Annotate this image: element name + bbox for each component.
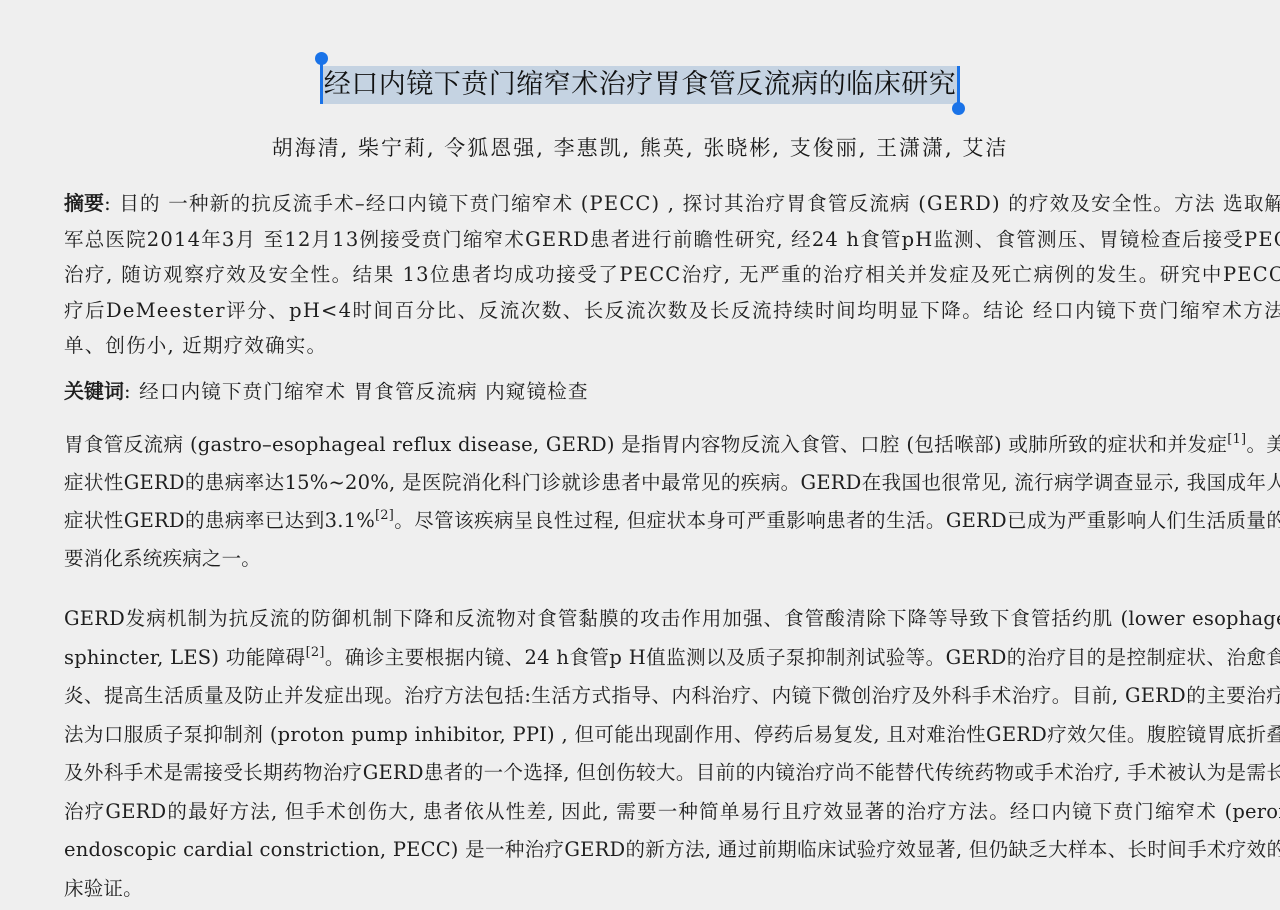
author-list: 胡海清, 柴宁莉, 令狐恩强, 李惠凯, 熊英, 张晓彬, 支俊丽, 王潇潇, …	[0, 132, 1280, 162]
paper-title-text: 经口内镜下贲门缩窄术治疗胃食管反流病的临床研究	[324, 69, 957, 100]
abstract-colon: :	[104, 192, 112, 215]
citation-ref-2[interactable]: [2]	[375, 508, 394, 523]
keywords: 关键词: 经口内镜下贲门缩窄术 胃食管反流病 内窥镜检查	[20, 374, 1280, 409]
keywords-colon: :	[124, 380, 132, 403]
keywords-text: 经口内镜下贲门缩窄术 胃食管反流病 内窥镜检查	[132, 380, 589, 403]
body-paragraph-1: 胃食管反流病 (gastro–esophageal reflux disease…	[20, 426, 1280, 578]
body-paragraph-2: GERD发病机制为抗反流的防御机制下降和反流物对食管黏膜的攻击作用加强、食管酸清…	[20, 600, 1280, 908]
citation-ref-2[interactable]: [2]	[306, 645, 325, 660]
paragraph-text: 胃食管反流病 (gastro–esophageal reflux disease…	[64, 433, 1227, 456]
title-container: 经口内镜下贲门缩窄术治疗胃食管反流病的临床研究	[0, 66, 1280, 104]
abstract: 摘要: 目的 一种新的抗反流手术–经口内镜下贲门缩窄术 (PECC) , 探讨其…	[20, 186, 1280, 364]
paragraph-text: 。确诊主要根据内镜、24 h食管p H值监测以及质子泵抑制剂试验等。GERD的治…	[64, 646, 1280, 900]
citation-ref-1[interactable]: [1]	[1227, 432, 1246, 447]
abstract-label: 摘要	[64, 191, 104, 215]
selection-end-handle-icon[interactable]	[952, 102, 965, 115]
document-page: 经口内镜下贲门缩窄术治疗胃食管反流病的临床研究 胡海清, 柴宁莉, 令狐恩强, …	[0, 0, 1280, 910]
paper-title-selected[interactable]: 经口内镜下贲门缩窄术治疗胃食管反流病的临床研究	[322, 66, 959, 104]
abstract-text: 目的 一种新的抗反流手术–经口内镜下贲门缩窄术 (PECC) , 探讨其治疗胃食…	[64, 192, 1280, 357]
selection-start-handle-icon[interactable]	[315, 52, 328, 65]
keywords-label: 关键词	[64, 379, 124, 403]
